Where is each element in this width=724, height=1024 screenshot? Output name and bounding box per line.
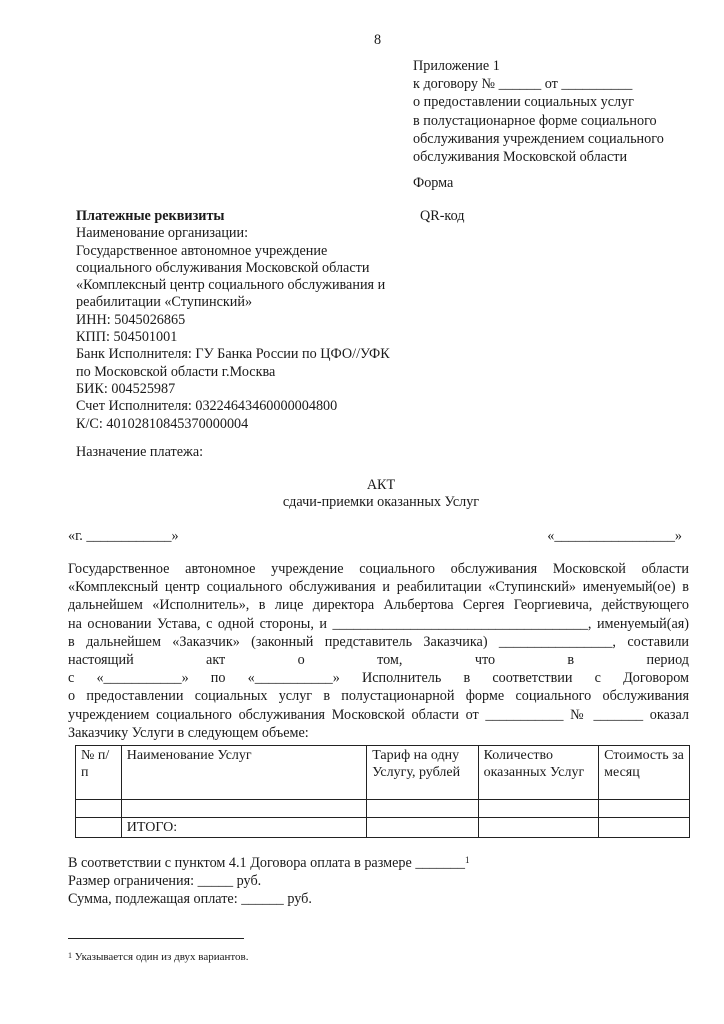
column-header-monthly-cost: Стоимость за месяц [599,746,690,800]
act-body: Государственное автономное учреждение со… [68,560,689,742]
appendix-line: в полустационарное форме социального [413,112,664,130]
footnote: 1 Указывается один из двух вариантов. [68,949,248,966]
body-line: Заказчику Услуги в следующем объеме: [68,724,689,742]
body-line: с «___________» по «___________» Исполни… [68,669,689,687]
payment-details-heading: Платежные реквизиты [76,208,390,225]
table-total-row: ИТОГО: [76,818,690,838]
appendix-line: к договору № ______ от __________ [413,75,664,93]
payment-detail-line: Государственное автономное учреждение [76,243,390,260]
payment-detail-line: социального обслуживания Московской обла… [76,260,390,277]
footnote-ref: 1 [465,855,470,865]
payment-purpose-label: Назначение платежа: [76,444,203,461]
column-header-quantity: Количество оказанных Услуг [478,746,599,800]
body-line: на основании Устава, с одной стороны, и … [68,615,689,633]
body-line: настоящий акт о том, что в период [68,651,689,669]
page-number: 8 [374,32,381,49]
footnote-separator [68,938,244,939]
services-table: № п/ п Наименование Услуг Тариф на одну … [75,745,690,838]
footnote-text: Указывается один из двух вариантов. [72,951,248,963]
column-header-service-name: Наименование Услуг [121,746,366,800]
inn: ИНН: 5045026865 [76,312,390,329]
appendix-line: обслуживания учреждением социального [413,130,664,148]
date-field: «_________________» [547,528,682,545]
body-line: Государственное автономное учреждение со… [68,560,689,578]
appendix-line: обслуживания Московской области [413,148,664,166]
table-cell [599,818,690,838]
appendix-header: Приложение 1 к договору № ______ от ____… [413,57,664,166]
payment-detail-line: «Комплексный центр социального обслужива… [76,277,390,294]
appendix-line: Приложение 1 [413,57,664,75]
footnote-number: 1 [68,951,72,960]
body-line: учреждением социального обслуживания Мос… [68,706,689,724]
bik: БИК: 004525987 [76,381,390,398]
table-cell [121,800,366,818]
kpp: КПП: 504501001 [76,329,390,346]
account: Счет Исполнителя: 03224643460000004800 [76,398,390,415]
table-cell [367,800,478,818]
payment-details: Платежные реквизиты Наименование организ… [76,208,390,433]
qr-code-placeholder: QR-код [420,208,465,225]
act-title: АКТ [0,477,724,494]
amount-due-line: Сумма, подлежащая оплате: ______ руб. [68,890,469,908]
payment-detail-line: реабилитации «Ступинский» [76,294,390,311]
act-subtitle: сдачи-приемки оказанных Услуг [0,494,724,511]
bank: Банк Исполнителя: ГУ Банка России по ЦФО… [76,346,390,363]
table-cell [478,818,599,838]
payment-summary: В соответствии с пунктом 4.1 Договора оп… [68,854,469,908]
payment-detail-line: Наименование организации: [76,225,390,242]
limit-line: Размер ограничения: _____ руб. [68,872,469,890]
body-line: о предоставлении социальных услуг в полу… [68,687,689,705]
correspondent-account: К/С: 40102810845370000004 [76,416,390,433]
body-line: «Комплексный центр социального обслужива… [68,578,689,596]
table-cell [76,818,122,838]
total-label: ИТОГО: [121,818,366,838]
table-row [76,800,690,818]
city-field: «г. ____________» [68,528,179,545]
bank-location: по Московской области г.Москва [76,364,390,381]
body-line: дальнейшем «Исполнитель», в лице директо… [68,596,689,614]
table-cell [76,800,122,818]
body-line: в дальнейшем «Заказчик» (законный предст… [68,633,689,651]
table-cell [599,800,690,818]
table-cell [367,818,478,838]
form-label: Форма [413,175,453,192]
column-header-tariff: Тариф на одну Услугу, рублей [367,746,478,800]
appendix-line: о предоставлении социальных услуг [413,93,664,111]
table-cell [478,800,599,818]
table-header-row: № п/ п Наименование Услуг Тариф на одну … [76,746,690,800]
payment-amount-line: В соответствии с пунктом 4.1 Договора оп… [68,854,469,872]
payment-amount-text: В соответствии с пунктом 4.1 Договора оп… [68,855,465,871]
column-header-number: № п/ п [76,746,122,800]
